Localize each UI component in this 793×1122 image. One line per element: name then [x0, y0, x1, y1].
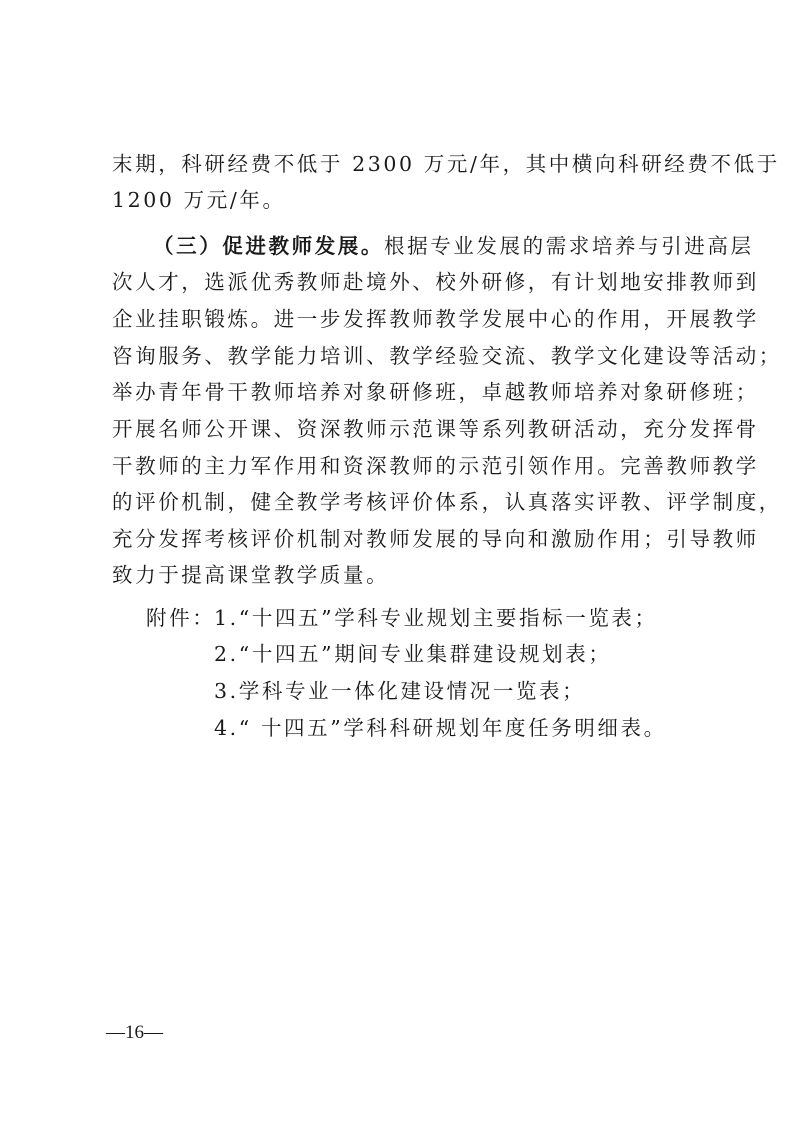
attachment-item: 2.“十四五”期间专业集群建设规划表； — [214, 642, 611, 666]
section-first-line-text: 根据专业发展的需求培养与引进高层 — [384, 234, 754, 258]
paragraph-line: 企业挂职锻炼。进一步发挥教师教学发展中心的作用，开展教学 — [112, 307, 702, 331]
paragraph-line: 咨询服务、教学能力培训、教学经验交流、教学文化建设等活动； — [112, 344, 702, 368]
paragraph-line: 致力于提高课堂教学质量。 — [112, 563, 702, 587]
paragraph-line: 末期，科研经费不低于 2300 万元/年，其中横向科研经费不低于 — [112, 152, 702, 176]
section-first-line: （三）促进教师发展。根据专业发展的需求培养与引进高层 — [153, 234, 702, 258]
page-number: —16— — [106, 1022, 163, 1044]
paragraph-line: 充分发挥考核评价机制对教师发展的导向和激励作用；引导教师 — [112, 527, 702, 551]
paragraph-line: 开展名师公开课、资深教师示范课等系列教研活动，充分发挥骨 — [112, 417, 702, 441]
document-page: 末期，科研经费不低于 2300 万元/年，其中横向科研经费不低于 1200 万元… — [0, 0, 793, 1122]
paragraph-line: 次人才，选派优秀教师赴境外、校外研修，有计划地安排教师到 — [112, 270, 702, 294]
paragraph-line: 举办青年骨干教师培养对象研修班，卓越教师培养对象研修班； — [112, 380, 702, 404]
attachments-label: 附件： — [146, 606, 215, 630]
section-heading: （三）促进教师发展。 — [153, 234, 384, 258]
paragraph-line: 干教师的主力军作用和资深教师的示范引领作用。完善教师教学 — [112, 454, 702, 478]
attachment-item: 1.“十四五”学科专业规划主要指标一览表； — [214, 606, 658, 630]
paragraph-line: 1200 万元/年。 — [112, 188, 702, 212]
attachment-item: 4.“ 十四五”学科科研规划年度任务明细表。 — [214, 716, 667, 740]
attachment-item: 3.学科专业一体化建设情况一览表； — [214, 679, 585, 703]
paragraph-line: 的评价机制，健全教学考核评价体系，认真落实评教、评学制度， — [112, 490, 702, 514]
